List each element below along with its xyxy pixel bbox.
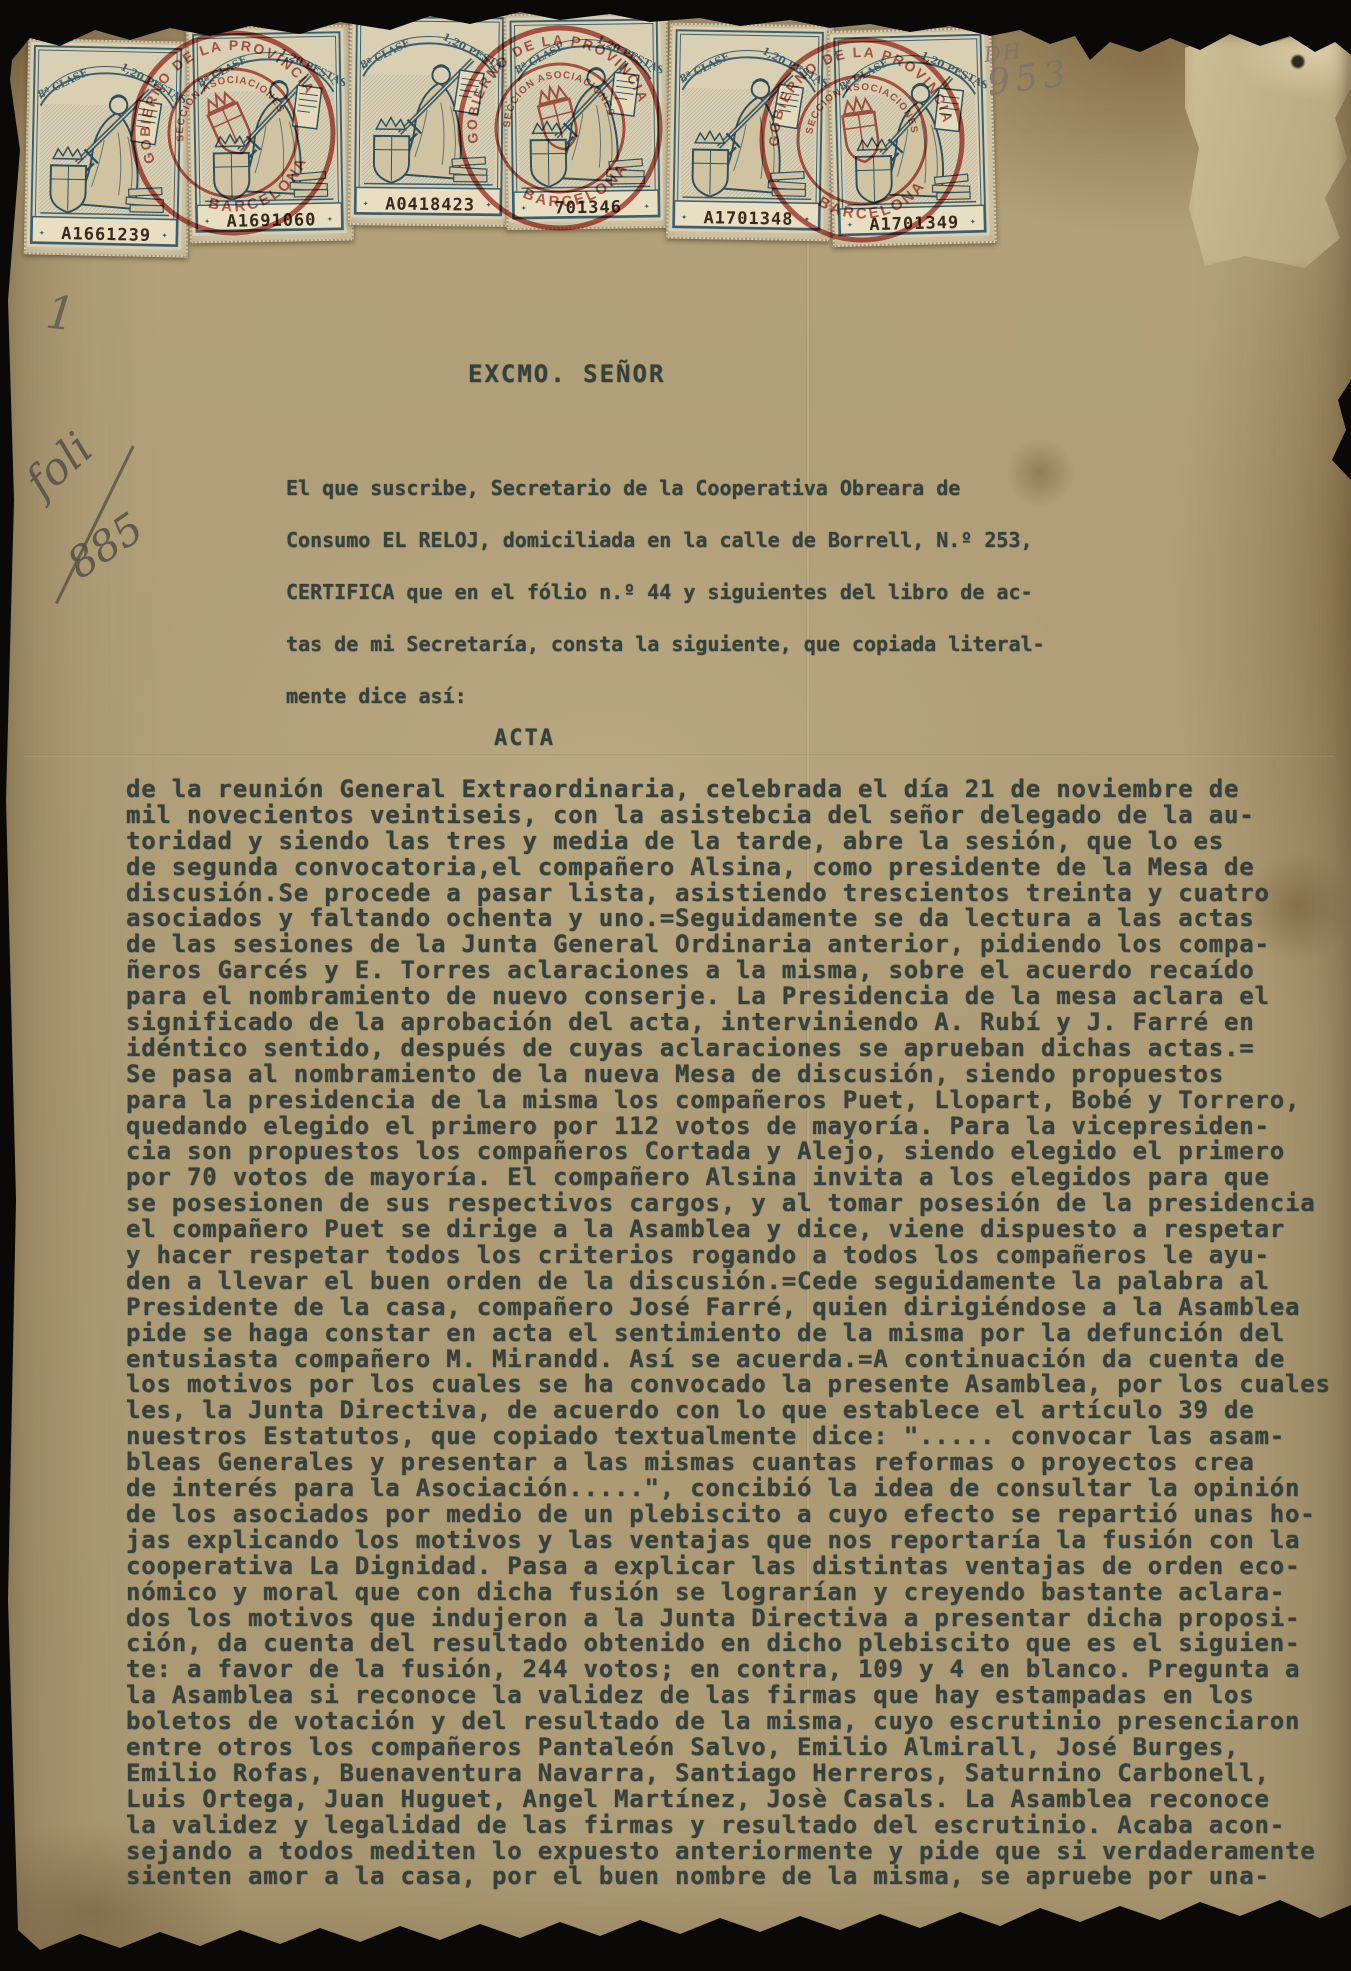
acta-body-line: entre otros los compañeros Pantaleón Sal… (126, 1735, 1351, 1761)
acta-body-line: dos los motivos que indujeron a la Junta… (126, 1606, 1351, 1632)
intro-line: tas de mi Secretaría, consta la siguient… (286, 618, 1106, 670)
acta-body-line: ñeros Garcés y E. Torres aclaraciones a … (126, 958, 1351, 984)
acta-body-line: cooperativa La Dignidad. Pasa a explicar… (126, 1554, 1351, 1580)
acta-body-line: mil novecientos veintiseis, con la asist… (126, 803, 1351, 829)
acta-body-line: se posesionen de sus respectivos cargos,… (126, 1191, 1351, 1217)
pencil-margin-number: 1 (43, 285, 78, 342)
acta-body-line: boletos de votación y del resultado de l… (126, 1709, 1351, 1735)
acta-body-line: toridad y siendo las tres y media de la … (126, 829, 1351, 855)
salutation-heading: EXCMO. SEÑOR (468, 360, 665, 388)
intro-line: Consumo EL RELOJ, domiciliada en la call… (286, 514, 1106, 566)
horizontal-fold-crease (24, 754, 1334, 757)
acta-body-line: sienten amor a la casa, por el buen nomb… (126, 1864, 1351, 1890)
acta-body-line: cia son propuestos los compañeros Cortad… (126, 1139, 1351, 1165)
acta-body-line: para la presidencia de la misma los comp… (126, 1088, 1351, 1114)
acta-body-line: por 70 votos de mayoría. El compañero Al… (126, 1165, 1351, 1191)
acta-body-line: significado de la aprobación del acta, i… (126, 1010, 1351, 1036)
intro-line: mente dice así: (286, 670, 1106, 722)
pencil-folio-word: foli (14, 423, 103, 510)
pencil-corner-code: DH 953 (983, 35, 1073, 102)
acta-body-line: Presidente de la casa, compañero José Fa… (126, 1295, 1351, 1321)
acta-body-line: sejando a todos mediten lo expuesto ante… (126, 1839, 1351, 1865)
acta-body-line: den a llevar el buen orden de la discusi… (126, 1269, 1351, 1295)
acta-body-line: para el nombramiento de nuevo conserje. … (126, 984, 1351, 1010)
acta-body-line: pide se haga constar en acta el sentimie… (126, 1321, 1351, 1347)
acta-body-line: Se pasa al nombramiento de la nueva Mesa… (126, 1062, 1351, 1088)
acta-body-line: discusión.Se procede a pasar lista, asis… (126, 881, 1351, 907)
intro-line: CERTIFICA que en el fólio n.º 44 y sigui… (286, 566, 1106, 618)
acta-body-line: Emilio Rofas, Buenaventura Navarra, Sant… (126, 1761, 1351, 1787)
intro-line: El que suscribe, Secretario de la Cooper… (286, 462, 1106, 514)
acta-body-text: de la reunión General Extraordinaria, ce… (126, 777, 1351, 1890)
acta-body-line: te: a favor de la fusión, 244 votos; en … (126, 1657, 1351, 1683)
acta-body-line: la validez y legalidad de las firmas y r… (126, 1813, 1351, 1839)
acta-body-line: de los asociados por medio de un plebisc… (126, 1502, 1351, 1528)
acta-body-line: idéntico sentido, después de cuyas aclar… (126, 1036, 1351, 1062)
acta-body-line: de la reunión General Extraordinaria, ce… (126, 777, 1351, 803)
acta-body-line: los motivos por los cuales se ha convoca… (126, 1372, 1351, 1398)
acta-body-line: nómico y moral que con dicha fusión se l… (126, 1580, 1351, 1606)
acta-body-line: asociados y faltando ochenta y uno.=Segu… (126, 906, 1351, 932)
red-government-handstamp (732, 10, 992, 270)
certification-intro: El que suscribe, Secretario de la Cooper… (286, 462, 1106, 722)
acta-body-line: el compañero Puet se dirige a la Asamble… (126, 1217, 1351, 1243)
pencil-folio-number: 885 (58, 503, 152, 588)
acta-body-line: y hacer respetar todos los criterios rog… (126, 1243, 1351, 1269)
acta-body-line: quedando elegido el primero por 112 voto… (126, 1114, 1351, 1140)
acta-body-line: Luis Ortega, Juan Huguet, Angel Martínez… (126, 1787, 1351, 1813)
acta-body-line: de las sesiones de la Junta General Ordi… (126, 932, 1351, 958)
acta-body-line: de interés para la Asociación.....", con… (126, 1476, 1351, 1502)
acta-body-line: entusiasta compañero M. Mirandd. Así se … (126, 1347, 1351, 1373)
acta-body-line: de segunda convocatoria,el compañero Als… (126, 855, 1351, 881)
pencil-folio-annotation: foli 885 (2, 398, 222, 641)
acta-body-line: ción, da cuenta del resultado obtenido e… (126, 1631, 1351, 1657)
acta-body-line: jas explicando los motivos y las ventaja… (126, 1528, 1351, 1554)
acta-body-line: la Asamblea si reconoce la validez de la… (126, 1683, 1351, 1709)
document-page: A1661239 A1691060 A0418423 701346 A17013… (0, 0, 1351, 1971)
acta-body-line: les, la Junta Directiva, de acuerdo con … (126, 1398, 1351, 1424)
acta-body-line: nuestros Estatutos, que copiado textualm… (126, 1424, 1351, 1450)
acta-heading: ACTA (494, 726, 555, 751)
pencil-corner-code-line2: 953 (985, 56, 1072, 102)
acta-body-line: bleas Generales y presentar a las mismas… (126, 1450, 1351, 1476)
